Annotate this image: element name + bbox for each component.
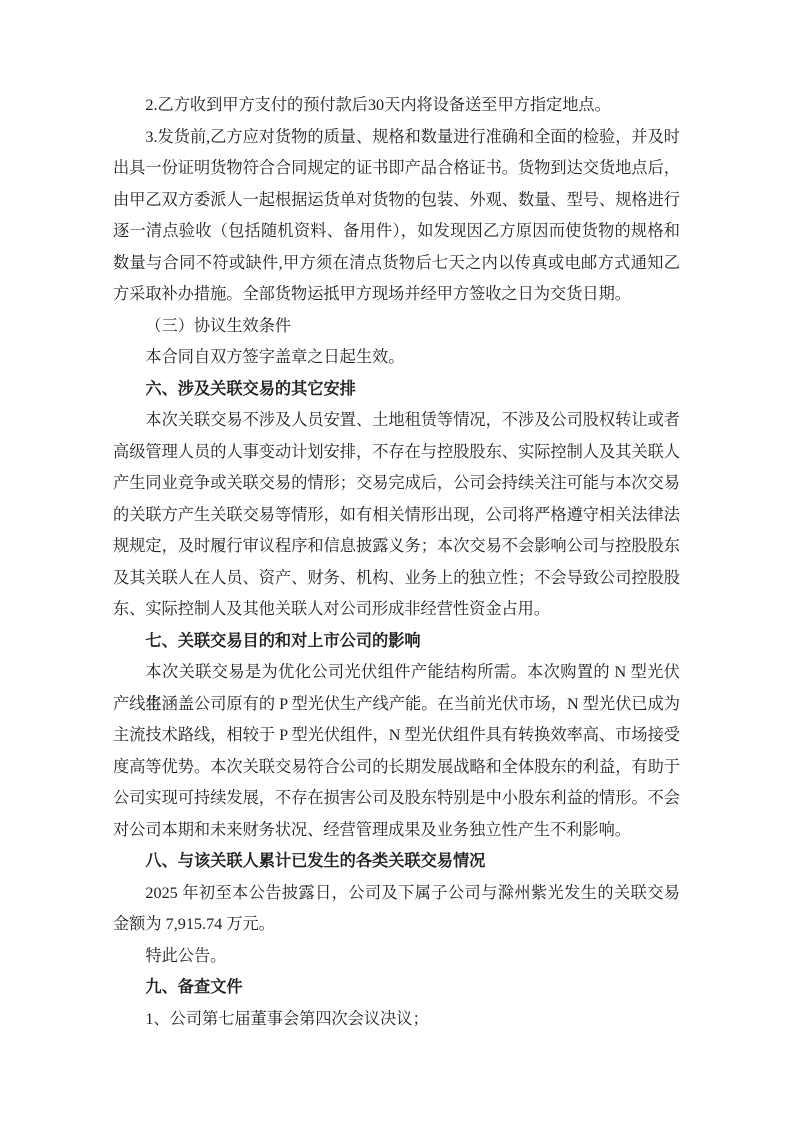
text-line: 2025 年初至本公告披露日，公司及下属子公司与滁州紫光发生的关联交易 [113, 878, 680, 910]
text-line: 金额为 7,915.74 万元。 [113, 909, 680, 941]
text-line: 方采取补办措施。全部货物运抵甲方现场并经甲方签收之日为交货日期。 [113, 279, 680, 311]
text-line: 对公司本期和未来财务状况、经营管理成果及业务独立性产生不利影响。 [113, 815, 680, 847]
text-line: 特此公告。 [113, 941, 680, 973]
text-line: 3.发货前,乙方应对货物的质量、规格和数量进行准确和全面的检验，并及时 [113, 122, 680, 154]
text-line: 公司实现可持续发展，不存在损害公司及股东特别是中小股东利益的情形。不会 [113, 783, 680, 815]
text-line: 规规定，及时履行审议程序和信息披露义务；本次交易不会影响公司与控股股东 [113, 531, 680, 563]
text-line: 2.乙方收到甲方支付的预付款后30天内将设备送至甲方指定地点。 [113, 90, 680, 122]
text-line: 度高等优势。本次关联交易符合公司的长期发展战略和全体股东的利益，有助于 [113, 752, 680, 784]
text-line: 由甲乙双方委派人一起根据运货单对货物的包装、外观、数量、型号、规格进行 [113, 185, 680, 217]
text-line: 的关联方产生关联交易等情形，如有相关情形出现，公司将严格遵守相关法律法 [113, 500, 680, 532]
text-line: 东、实际控制人及其他关联人对公司形成非经营性资金占用。 [113, 594, 680, 626]
text-line: 数量与合同不符或缺件,甲方须在清点货物后七天之内以传真或电邮方式通知乙 [113, 248, 680, 280]
section-heading: 八、与该关联人累计已发生的各类关联交易情况 [113, 846, 680, 878]
section-heading: 六、涉及关联交易的其它安排 [113, 374, 680, 406]
text-line: 产线将涵盖公司原有的 P 型光伏生产线产能。在当前光伏市场，N 型光伏已成为 [113, 689, 680, 721]
text-line: 本合同自双方签字盖章之日起生效。 [113, 342, 680, 374]
text-line: 本次关联交易是为优化公司光伏组件产能结构所需。本次购置的 N 型光伏生 [113, 657, 680, 689]
section-heading: 九、备查文件 [113, 972, 680, 1004]
text-line: 产生同业竞争或关联交易的情形；交易完成后，公司会持续关注可能与本次交易 [113, 468, 680, 500]
text-line: 及其关联人在人员、资产、财务、机构、业务上的独立性；不会导致公司控股股 [113, 563, 680, 595]
text-line: 主流技术路线，相较于 P 型光伏组件，N 型光伏组件具有转换效率高、市场接受 [113, 720, 680, 752]
document-content: 2.乙方收到甲方支付的预付款后30天内将设备送至甲方指定地点。3.发货前,乙方应… [113, 90, 680, 1035]
text-line: 本次关联交易不涉及人员安置、土地租赁等情况，不涉及公司股权转让或者 [113, 405, 680, 437]
text-line: 高级管理人员的人事变动计划安排，不存在与控股股东、实际控制人及其关联人 [113, 437, 680, 469]
document-page: 2.乙方收到甲方支付的预付款后30天内将设备送至甲方指定地点。3.发货前,乙方应… [0, 0, 794, 1123]
text-line: 出具一份证明货物符合合同规定的证书即产品合格证书。货物到达交货地点后， [113, 153, 680, 185]
text-line: （三）协议生效条件 [113, 311, 680, 343]
text-line: 1、公司第七届董事会第四次会议决议； [113, 1004, 680, 1036]
text-line: 逐一清点验收（包括随机资料、备用件），如发现因乙方原因而使货物的规格和 [113, 216, 680, 248]
section-heading: 七、关联交易目的和对上市公司的影响 [113, 626, 680, 658]
